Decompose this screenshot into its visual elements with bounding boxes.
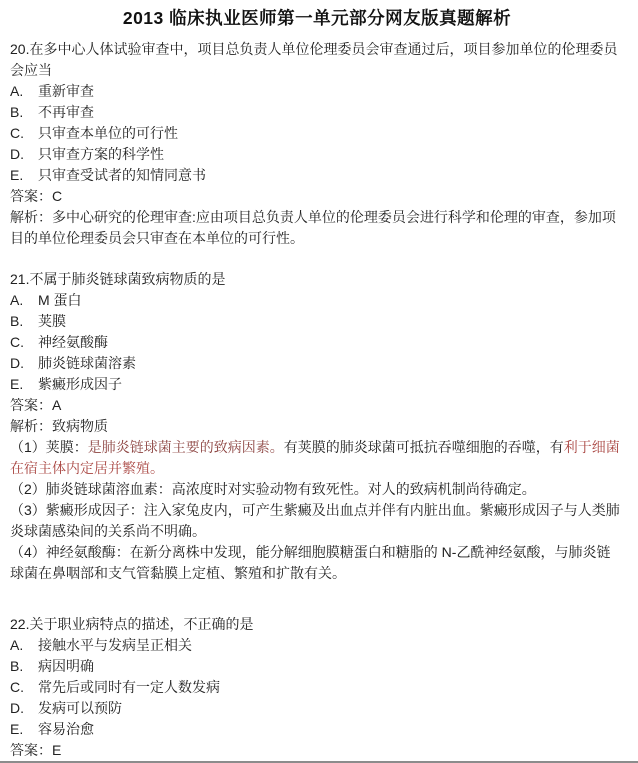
option-label: E. (10, 719, 38, 740)
page-title: 2013 临床执业医师第一单元部分网友版真题解析 (10, 6, 624, 30)
analysis-paragraph: （4）神经氨酸酶：在新分离株中发现，能分解细胞膜糖蛋白和糖脂的 N-乙酰神经氨酸… (10, 542, 624, 584)
option-row: C.神经氨酸酶 (10, 332, 624, 353)
option-text: 只审查受试者的知情同意书 (38, 167, 206, 183)
option-text: 接触水平与发病呈正相关 (38, 637, 192, 653)
question-stem: 21.不属于肺炎链球菌致病物质的是 (10, 269, 624, 290)
option-row: D.发病可以预防 (10, 698, 624, 719)
option-row: D.肺炎链球菌溶素 (10, 353, 624, 374)
analysis-segment: （3）紫癜形成因子：注入家兔皮内，可产生紫癜及出血点并伴有内脏出血。紫癜形成因子… (10, 502, 620, 539)
analysis-segment: （4）神经氨酸酶：在新分离株中发现，能分解细胞膜糖蛋白和糖脂的 N-乙酰神经氨酸… (10, 544, 610, 581)
question-number: 22. (10, 616, 29, 632)
analysis-segment: （2）肺炎链球菌溶血素：高浓度时对实验动物有致死性。对人的致病机制尚待确定。 (10, 481, 536, 497)
option-label: D. (10, 353, 38, 374)
option-row: D.只审查方案的科学性 (10, 144, 624, 165)
analysis-paragraph: 解析：致病物质 (10, 416, 624, 437)
option-text: M 蛋白 (38, 292, 82, 308)
question-number: 21. (10, 271, 29, 287)
option-row: E.紫癜形成因子 (10, 374, 624, 395)
option-text: 病因明确 (38, 658, 94, 674)
analysis-segment: （1）荚膜： (10, 439, 88, 455)
analysis-paragraph: （2）肺炎链球菌溶血素：高浓度时对实验动物有致死性。对人的致病机制尚待确定。 (10, 479, 624, 500)
option-row: B.不再审查 (10, 102, 624, 123)
document-page: 2013 临床执业医师第一单元部分网友版真题解析 20.在多中心人体试验审查中，… (0, 0, 638, 763)
answer-prefix: 答案： (10, 188, 52, 204)
question-stem: 22.关于职业病特点的描述，不正确的是 (10, 614, 624, 635)
answer-prefix: 答案： (10, 742, 52, 758)
option-label: C. (10, 332, 38, 353)
option-row: C.只审查本单位的可行性 (10, 123, 624, 144)
option-label: B. (10, 311, 38, 332)
option-text: 神经氨酸酶 (38, 334, 108, 350)
analysis-segment: 致病物质 (52, 418, 108, 434)
answer-value: E (52, 742, 61, 758)
option-label: E. (10, 374, 38, 395)
option-text: 常先后或同时有一定人数发病 (38, 679, 220, 695)
option-row: B.荚膜 (10, 311, 624, 332)
option-label: B. (10, 656, 38, 677)
question-stem: 20.在多中心人体试验审查中，项目总负责人单位伦理委员会审查通过后，项目参加单位… (10, 39, 624, 81)
option-label: A. (10, 290, 38, 311)
analysis-segment-red: 是肺炎链球菌主要的致病因素。 (88, 439, 284, 455)
answer-row: 答案：C (10, 186, 624, 207)
analysis-segment: 多中心研究的伦理审查:应由项目总负责人单位的伦理委员会进行科学和伦理的审查，参加… (10, 209, 616, 246)
answer-prefix: 答案： (10, 397, 52, 413)
option-label: B. (10, 102, 38, 123)
option-text: 不再审查 (38, 104, 94, 120)
answer-value: A (52, 397, 61, 413)
option-row: A.重新审查 (10, 81, 624, 102)
option-text: 只审查方案的科学性 (38, 146, 164, 162)
option-label: D. (10, 698, 38, 719)
question-stem-text: 关于职业病特点的描述，不正确的是 (29, 616, 253, 632)
option-label: A. (10, 81, 38, 102)
option-text: 发病可以预防 (38, 700, 122, 716)
question-stem-text: 不属于肺炎链球菌致病物质的是 (29, 271, 225, 287)
analysis-prefix: 解析： (10, 209, 52, 225)
answer-row: 答案：E (10, 740, 624, 761)
option-text: 只审查本单位的可行性 (38, 125, 178, 141)
option-row: E.容易治愈 (10, 719, 624, 740)
option-row: B.病因明确 (10, 656, 624, 677)
option-text: 荚膜 (38, 313, 66, 329)
option-label: C. (10, 123, 38, 144)
answer-row: 答案：A (10, 395, 624, 416)
analysis-segment: 有荚膜的肺炎球菌可抵抗吞噬细胞的吞噬，有 (284, 439, 564, 455)
option-label: D. (10, 144, 38, 165)
option-text: 容易治愈 (38, 721, 94, 737)
question-stem-text: 在多中心人体试验审查中，项目总负责人单位伦理委员会审查通过后，项目参加单位的伦理… (10, 41, 617, 78)
option-label: E. (10, 165, 38, 186)
analysis-prefix: 解析： (10, 418, 52, 434)
option-label: A. (10, 635, 38, 656)
question-number: 20. (10, 41, 29, 57)
option-row: C.常先后或同时有一定人数发病 (10, 677, 624, 698)
option-text: 重新审查 (38, 83, 94, 99)
option-row: A.接触水平与发病呈正相关 (10, 635, 624, 656)
option-text: 肺炎链球菌溶素 (38, 355, 136, 371)
analysis-paragraph: 解析：多中心研究的伦理审查:应由项目总负责人单位的伦理委员会进行科学和伦理的审查… (10, 207, 624, 249)
analysis-paragraph: （1）荚膜：是肺炎链球菌主要的致病因素。有荚膜的肺炎球菌可抵抗吞噬细胞的吞噬，有… (10, 437, 624, 479)
question-block-20: 20.在多中心人体试验审查中，项目总负责人单位伦理委员会审查通过后，项目参加单位… (10, 39, 624, 249)
answer-value: C (52, 188, 62, 204)
option-row: E.只审查受试者的知情同意书 (10, 165, 624, 186)
question-block-21: 21.不属于肺炎链球菌致病物质的是 A.M 蛋白 B.荚膜 C.神经氨酸酶 D.… (10, 269, 624, 584)
question-block-22: 22.关于职业病特点的描述，不正确的是 A.接触水平与发病呈正相关 B.病因明确… (10, 614, 624, 761)
option-label: C. (10, 677, 38, 698)
analysis-paragraph: （3）紫癜形成因子：注入家兔皮内，可产生紫癜及出血点并伴有内脏出血。紫癜形成因子… (10, 500, 624, 542)
option-text: 紫癜形成因子 (38, 376, 122, 392)
option-row: A.M 蛋白 (10, 290, 624, 311)
